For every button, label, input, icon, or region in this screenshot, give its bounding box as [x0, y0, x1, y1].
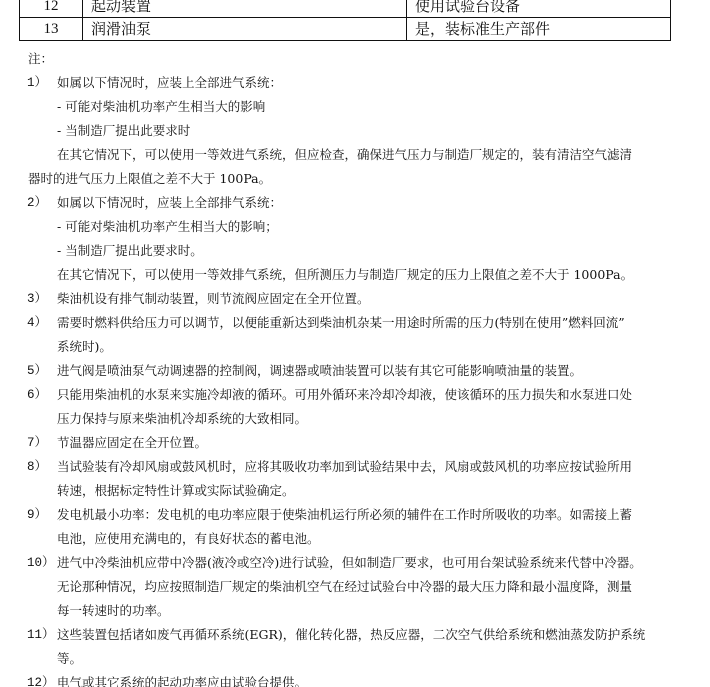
component-name: 润滑油泵	[83, 18, 407, 41]
note-number: 1）	[27, 71, 47, 95]
note-item: 9）发电机最小功率：发电机的电功率应限于使柴油机运行所必须的辅件在工作时所吸收的…	[0, 503, 710, 527]
note-continuation: 在其它情况下，可以使用一等效进气系统，但应检查，确保进气压力与制造厂规定的，装有…	[0, 143, 710, 167]
notes-list: 1）如属以下情况时，应装上全部进气系统：- 可能对柴油机功率产生相当大的影响- …	[0, 71, 710, 687]
note-number: 2）	[27, 191, 47, 215]
note-number: 9）	[27, 503, 47, 527]
note-item: 12）电气或其它系统的起动功率应由试验台提供。	[0, 671, 710, 687]
note-item: 1）如属以下情况时，应装上全部进气系统：	[0, 71, 710, 95]
note-number: 4）	[27, 311, 47, 335]
note-item: 3）柴油机设有排气制动装置，则节流阀应固定在全开位置。	[0, 287, 710, 311]
note-item: 8）当试验装有冷却风扇或鼓风机时，应将其吸收功率加到试验结果中去，风扇或鼓风机的…	[0, 455, 710, 479]
note-continuation: 转速，根据标定特性计算或实际试验确定。	[0, 479, 710, 503]
note-number: 7）	[27, 431, 47, 455]
notes-section: 注： 1）如属以下情况时，应装上全部进气系统：- 可能对柴油机功率产生相当大的影…	[0, 47, 710, 687]
components-table: 12 起动装置 使用试验台设备 13 润滑油泵 是，装标准生产部件	[19, 0, 671, 41]
note-text: 只能用柴油机的水泵来实施冷却液的循环。可用外循环来冷却冷却液，使该循环的压力损失…	[57, 383, 632, 407]
component-value: 使用试验台设备	[407, 0, 671, 18]
note-text: 如属以下情况时，应装上全部进气系统：	[57, 71, 282, 95]
note-continuation: 无论那种情况，均应按照制造厂规定的柴油机空气在经过试验台中冷器的最大压力降和最小…	[0, 575, 710, 599]
note-item: 4）需要时燃料供给压力可以调节，以便能重新达到柴油机杂某一用途时所需的压力(特别…	[0, 311, 710, 335]
note-number: 6）	[27, 383, 47, 407]
note-continuation: 在其它情况下，可以使用一等效排气系统，但所测压力与制造厂规定的压力上限值之差不大…	[0, 263, 710, 287]
note-text: 需要时燃料供给压力可以调节，以便能重新达到柴油机杂某一用途时所需的压力(特别在使…	[57, 311, 625, 335]
note-continuation: - 可能对柴油机功率产生相当大的影响；	[0, 215, 710, 239]
note-text: 节温器应固定在全开位置。	[57, 431, 207, 455]
note-item: 7）节温器应固定在全开位置。	[0, 431, 710, 455]
note-text: 柴油机设有排气制动装置，则节流阀应固定在全开位置。	[57, 287, 370, 311]
note-continuation: 压力保持与原来柴油机冷却系统的大致相同。	[0, 407, 710, 431]
table-row: 13 润滑油泵 是，装标准生产部件	[20, 18, 671, 41]
note-text: 如属以下情况时，应装上全部排气系统：	[57, 191, 282, 215]
component-name: 起动装置	[83, 0, 407, 18]
note-text: 发电机最小功率：发电机的电功率应限于使柴油机运行所必须的辅件在工作时所吸收的功率…	[57, 503, 632, 527]
note-number: 3）	[27, 287, 47, 311]
note-text: 电气或其它系统的起动功率应由试验台提供。	[57, 671, 307, 687]
component-value: 是，装标准生产部件	[407, 18, 671, 41]
note-number: 12）	[27, 671, 55, 687]
note-continuation: 器时的进气压力上限值之差不大于 100Pa。	[0, 167, 710, 191]
note-continuation: 电池，应使用充满电的，有良好状态的蓄电池。	[0, 527, 710, 551]
note-continuation: - 当制造厂提出此要求时	[0, 119, 710, 143]
note-item: 2）如属以下情况时，应装上全部排气系统：	[0, 191, 710, 215]
note-continuation: 等。	[0, 647, 710, 671]
note-text: 当试验装有冷却风扇或鼓风机时，应将其吸收功率加到试验结果中去，风扇或鼓风机的功率…	[57, 455, 632, 479]
note-item: 11）这些装置包括诸如废气再循环系统(EGR)，催化转化器，热反应器，二次空气供…	[0, 623, 710, 647]
note-continuation: - 当制造厂提出此要求时。	[0, 239, 710, 263]
note-number: 5）	[27, 359, 47, 383]
note-item: 6）只能用柴油机的水泵来实施冷却液的循环。可用外循环来冷却冷却液，使该循环的压力…	[0, 383, 710, 407]
note-number: 11）	[27, 623, 55, 647]
note-item: 5）进气阀是喷油泵气动调速器的控制阀，调速器或喷油装置可以装有其它可能影响喷油量…	[0, 359, 710, 383]
note-continuation: 每一转速时的功率。	[0, 599, 710, 623]
note-item: 10）进气中冷柴油机应带中冷器(液冷或空冷)进行试验，但如制造厂要求，也可用台架…	[0, 551, 710, 575]
row-number: 12	[20, 0, 83, 18]
notes-title: 注：	[0, 47, 710, 71]
note-text: 这些装置包括诸如废气再循环系统(EGR)，催化转化器，热反应器，二次空气供给系统…	[57, 623, 645, 647]
note-number: 8）	[27, 455, 47, 479]
table-row: 12 起动装置 使用试验台设备	[20, 0, 671, 18]
note-continuation: 系统时)。	[0, 335, 710, 359]
note-text: 进气中冷柴油机应带中冷器(液冷或空冷)进行试验，但如制造厂要求，也可用台架试验系…	[57, 551, 642, 575]
row-number: 13	[20, 18, 83, 41]
note-text: 进气阀是喷油泵气动调速器的控制阀，调速器或喷油装置可以装有其它可能影响喷油量的装…	[57, 359, 582, 383]
note-number: 10）	[27, 551, 55, 575]
note-continuation: - 可能对柴油机功率产生相当大的影响	[0, 95, 710, 119]
